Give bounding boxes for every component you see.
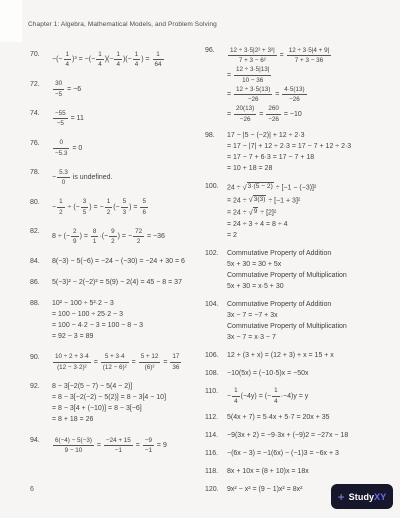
problem-solution: Commutative Property of Addition3x − 7 =…: [227, 300, 397, 344]
fraction: 5 + 3·4(12 − 6)²: [101, 353, 129, 372]
math-line: = 2: [227, 231, 397, 241]
problem-number: 78.: [30, 168, 52, 176]
problem-solution: 8 ÷ (−29) = 81·(−92) = −722 = −36: [52, 227, 204, 247]
math-line: = 12 ÷ 3·5(13)−26 = 4·5(13)−26: [227, 85, 397, 104]
problem-solution: 6(−4) − 5(−3)9 − 10 = −24 + 15−1 = −9−1 …: [52, 436, 204, 456]
problem: 88.10² − 100 ÷ 5²·2 − 3= 100 − 100 ÷ 25·…: [30, 299, 204, 343]
logo-text: StudyXY: [349, 492, 387, 502]
fraction-numerator: 30: [53, 80, 64, 90]
problem-solution: Commutative Property of Addition5x + 30 …: [227, 249, 397, 293]
math-line: Commutative Property of Addition: [227, 300, 397, 310]
fraction-numerator: −9: [143, 436, 154, 446]
problem-solution: −5.30 is undefined.: [52, 168, 204, 188]
fraction-denominator: 4: [133, 60, 141, 69]
fraction-denominator: 1: [91, 237, 99, 246]
radicand: 3(3): [253, 195, 267, 205]
problem-solution: 8x + 10x = (8 + 10)x = 18x: [227, 467, 397, 478]
fraction-numerator: 5 + 12: [139, 353, 161, 363]
math-line: 12 ÷ 3·5|2² + 3²|7 + 3 − 6² = 12 ÷ 3·5|4…: [227, 46, 397, 65]
math-line: = 10 + 18 = 28: [227, 164, 397, 174]
math-line: −(−14)³ = −(−14)(−14)(−14) = 164: [52, 50, 204, 69]
problem-solution: 5(4x + 7) = 5·4x + 5·7 = 20x + 35: [227, 413, 397, 424]
fraction-denominator: 4: [272, 397, 280, 406]
fraction-denominator: −1: [104, 446, 133, 455]
problem-solution: 30−5 = −6: [52, 80, 204, 100]
problem-solution: 12 + (3 + x) = (12 + 3) + x = 15 + x: [227, 351, 397, 362]
fraction-denominator: 3: [121, 208, 129, 217]
fraction-denominator: 9: [71, 237, 79, 246]
problem-solution: 24 ÷ √3·(5 − 2) ÷ [−1 − (−3)]²= 24 ÷ √3(…: [227, 182, 397, 242]
math-line: −12 ÷ (−35) = −12(−53) = 56: [52, 198, 204, 217]
fraction: 1736: [170, 353, 181, 372]
fraction: 12 ÷ 3·5|4 + 9|7 + 3 − 36: [287, 46, 332, 65]
math-line: = 17 − 7 + 6·3 = 17 − 7 + 18: [227, 153, 397, 163]
problem-number: 86.: [30, 278, 52, 286]
fraction-denominator: 0: [57, 178, 70, 187]
math-line: 30−5 = −6: [52, 80, 204, 99]
fraction-denominator: −5: [53, 119, 68, 128]
math-line: = 100 − 100 ÷ 25·2 − 3: [52, 310, 204, 320]
problem-number: 100.: [205, 182, 227, 190]
math-line: = 20(13)−26 = 260−26 = −10: [227, 105, 397, 124]
fraction-numerator: 1: [64, 50, 72, 60]
fraction: 81: [91, 227, 99, 246]
math-line: 10 ÷ 2 + 3·4(12 − 3·2)² = 5 + 3·4(12 − 6…: [52, 353, 204, 372]
square-root: √3(3): [249, 195, 267, 205]
problem: 80.−12 ÷ (−35) = −12(−53) = 56: [30, 198, 204, 218]
fraction: 4·5(13)−26: [282, 85, 306, 104]
problem: 112.5(4x + 7) = 5·4x + 5·7 = 20x + 35: [205, 413, 397, 424]
problem: 118.8x + 10x = (8 + 10)x = 18x: [205, 467, 397, 478]
fraction: −9−1: [143, 436, 154, 455]
fraction-numerator: 12 ÷ 3·5|4 + 9|: [287, 46, 332, 56]
problem-number: 92.: [30, 382, 52, 390]
problem-number: 80.: [30, 198, 52, 206]
math-line: −10(5x) = (−10·5)x = −50x: [227, 369, 397, 379]
problem-number: 76.: [30, 139, 52, 147]
fraction-numerator: 20(13): [234, 105, 256, 115]
math-line: 5(4x + 7) = 5·4x + 5·7 = 20x + 35: [227, 413, 397, 423]
problem: 72.30−5 = −6: [30, 80, 204, 100]
fraction-denominator: −5.3: [53, 149, 69, 158]
fraction-numerator: −24 + 15: [104, 436, 133, 446]
fraction-numerator: 0: [53, 139, 69, 149]
problem: 78.−5.30 is undefined.: [30, 168, 204, 188]
problem: 108.−10(5x) = (−10·5)x = −50x: [205, 369, 397, 380]
fraction-numerator: 260: [266, 105, 281, 115]
problem-number: 110.: [205, 387, 227, 395]
fraction-denominator: 10 − 36: [234, 76, 271, 85]
fraction-denominator: 64: [153, 60, 164, 69]
fraction-denominator: −26: [266, 115, 281, 124]
fraction-numerator: 1: [133, 50, 141, 60]
math-line: Commutative Property of Addition: [227, 249, 397, 259]
fraction: 92: [109, 227, 117, 246]
problem: 96.12 ÷ 3·5|2² + 3²|7 + 3 − 6² = 12 ÷ 3·…: [205, 46, 397, 124]
problem: 82.8 ÷ (−29) = 81·(−92) = −722 = −36: [30, 227, 204, 247]
page-title: Chapter 1: Algebra, Mathematical Models,…: [28, 21, 217, 28]
problem: 106.12 + (3 + x) = (12 + 3) + x = 15 + x: [205, 351, 397, 362]
problem-solution: −14(−4y) = (−14·−4)y = y: [227, 387, 397, 407]
math-line: 8(−3) − 5(−6) = −24 − (−30) = −24 + 30 =…: [52, 257, 204, 267]
square-root: √3·(5 − 2): [243, 182, 274, 192]
fraction: 30−5: [53, 80, 64, 99]
solutions-column-right: 96.12 ÷ 3·5|2² + 3²|7 + 3 − 6² = 12 ÷ 3·…: [205, 46, 397, 503]
problem-number: 72.: [30, 80, 52, 88]
math-line: 8x + 10x = (8 + 10)x = 18x: [227, 467, 397, 477]
fraction: 20(13)−26: [234, 105, 256, 124]
fraction-denominator: 2: [105, 208, 113, 217]
problem-solution: 10² − 100 ÷ 5²·2 − 3= 100 − 100 ÷ 25·2 −…: [52, 299, 204, 343]
fraction-denominator: −26: [282, 95, 306, 104]
fraction-numerator: 17: [170, 353, 181, 363]
fraction-denominator: −26: [234, 115, 256, 124]
fraction: 14: [96, 50, 104, 69]
math-line: −9(3x + 2) = −9·3x + (−9)2 = −27x − 18: [227, 431, 397, 441]
fraction: 35: [81, 198, 89, 217]
plus-icon: +: [338, 491, 345, 503]
math-line: = 8 − 3[−2(−2) − 5(2)] = 8 − 3[4 − 10]: [52, 393, 204, 403]
problem-number: 112.: [205, 413, 227, 421]
problem-number: 82.: [30, 227, 52, 235]
fraction: 260−26: [266, 105, 281, 124]
problem-number: 90.: [30, 353, 52, 361]
fraction-denominator: 9 − 10: [53, 446, 94, 455]
fraction-numerator: −55: [53, 109, 68, 119]
math-line: −14(−4y) = (−14·−4)y = y: [227, 387, 397, 406]
fraction-denominator: 6: [140, 208, 148, 217]
logo-text-study: Study: [349, 492, 375, 502]
fraction-denominator: (12 − 6)²: [101, 363, 129, 372]
math-line: 5x + 30 = x·5 + 30: [227, 282, 397, 292]
problem-number: 120.: [205, 485, 227, 493]
problem: 110.−14(−4y) = (−14·−4)y = y: [205, 387, 397, 407]
fraction: 164: [153, 50, 164, 69]
math-line: −5.30 is undefined.: [52, 168, 204, 187]
math-line: 0−5.3 = 0: [52, 139, 204, 158]
problem-number: 84.: [30, 257, 52, 265]
fraction: 5.30: [57, 168, 70, 187]
fraction: 10 ÷ 2 + 3·4(12 − 3·2)²: [53, 353, 91, 372]
fraction-numerator: 1: [114, 50, 122, 60]
problem-number: 104.: [205, 300, 227, 308]
problem-number: 108.: [205, 369, 227, 377]
fraction-numerator: 1: [272, 387, 280, 397]
problem-number: 94.: [30, 436, 52, 444]
studyxy-logo: + StudyXY: [331, 484, 393, 509]
fraction-numerator: 1: [232, 387, 240, 397]
fraction-numerator: 6(−4) − 5(−3): [53, 436, 94, 446]
fraction-numerator: 5: [121, 198, 129, 208]
problem: 94.6(−4) − 5(−3)9 − 10 = −24 + 15−1 = −9…: [30, 436, 204, 456]
fraction: 14: [133, 50, 141, 69]
fraction: 0−5.3: [53, 139, 69, 158]
math-line: 12 + (3 + x) = (12 + 3) + x = 15 + x: [227, 351, 397, 361]
math-line: 3x − 7 = x·3 − 7: [227, 333, 397, 343]
math-line: = 12 ÷ 3·5|13|10 − 36: [227, 66, 397, 85]
fraction-denominator: 7 + 3 − 36: [287, 56, 332, 65]
problem: 76.0−5.3 = 0: [30, 139, 204, 159]
fraction-numerator: 1: [96, 50, 104, 60]
problem-number: 74.: [30, 109, 52, 117]
scan-corner-artifact: [0, 0, 22, 42]
fraction-numerator: 72: [133, 227, 144, 237]
problem: 74.−55−5 = 11: [30, 109, 204, 129]
fraction: 12: [105, 198, 113, 217]
fraction: 14: [232, 387, 240, 406]
fraction-numerator: 1: [57, 198, 65, 208]
math-line: 5x + 30 = 30 + 5x: [227, 260, 397, 270]
fraction-denominator: 2: [109, 237, 117, 246]
fraction: −24 + 15−1: [104, 436, 133, 455]
problem: 104.Commutative Property of Addition3x −…: [205, 300, 397, 344]
fraction-numerator: 3: [81, 198, 89, 208]
problem-number: 114.: [205, 431, 227, 439]
fraction: 53: [121, 198, 129, 217]
fraction-numerator: 9: [109, 227, 117, 237]
math-line: −55−5 = 11: [52, 109, 204, 128]
problem-number: 70.: [30, 50, 52, 58]
problem-solution: −(6x − 3) = −1(6x) − (−1)3 = −6x + 3: [227, 449, 397, 460]
fraction-numerator: 12 ÷ 3·5|2² + 3²|: [228, 46, 277, 56]
fraction-denominator: 4: [64, 60, 72, 69]
problem: 98.17 − |5 − (−2)| + 12 ÷ 2·3= 17 − |7| …: [205, 131, 397, 175]
fraction-denominator: 36: [170, 363, 181, 372]
problem: 100.24 ÷ √3·(5 − 2) ÷ [−1 − (−3)]²= 24 ÷…: [205, 182, 397, 242]
math-line: 17 − |5 − (−2)| + 12 ÷ 2·3: [227, 131, 397, 141]
fraction-numerator: 5.3: [57, 168, 70, 178]
fraction-numerator: 10 ÷ 2 + 3·4: [53, 353, 91, 363]
problem: 70.−(−14)³ = −(−14)(−14)(−14) = 164: [30, 50, 204, 70]
fraction-numerator: 1: [153, 50, 164, 60]
fraction-numerator: 5 + 3·4: [101, 353, 129, 363]
math-line: = 8 − 3[4 + (−10)] = 8 − 3[−6]: [52, 404, 204, 414]
fraction: 12 ÷ 3·5|13|10 − 36: [234, 66, 271, 85]
math-line: 3x − 7 = −7 + 3x: [227, 311, 397, 321]
math-line: = 100 − 4·2 − 3 = 100 − 8 − 3: [52, 321, 204, 331]
problem-number: 88.: [30, 299, 52, 307]
fraction-numerator: 12 ÷ 3·5(13): [234, 85, 272, 95]
fraction-denominator: 2: [133, 237, 144, 246]
math-line: Commutative Property of Multiplication: [227, 271, 397, 281]
math-line: Commutative Property of Multiplication: [227, 322, 397, 332]
fraction-denominator: 2: [57, 208, 65, 217]
math-line: −(6x − 3) = −1(6x) − (−1)3 = −6x + 3: [227, 449, 397, 459]
problem-solution: −9(3x + 2) = −9·3x + (−9)2 = −27x − 18: [227, 431, 397, 442]
math-line: = 8 + 18 = 26: [52, 415, 204, 425]
math-line: 10² − 100 ÷ 5²·2 − 3: [52, 299, 204, 309]
fraction: −55−5: [53, 109, 68, 128]
page-number: 6: [30, 486, 34, 493]
math-line: 8 − 3[−2(5 − 7) − 5(4 − 2)]: [52, 382, 204, 392]
problem-solution: 12 ÷ 3·5|2² + 3²|7 + 3 − 6² = 12 ÷ 3·5|4…: [227, 46, 397, 124]
logo-text-xy: XY: [374, 492, 386, 502]
fraction: 14: [64, 50, 72, 69]
problem-solution: 8 − 3[−2(5 − 7) − 5(4 − 2)]= 8 − 3[−2(−2…: [52, 382, 204, 426]
problem-number: 118.: [205, 467, 227, 475]
radicand: 9: [253, 207, 259, 217]
math-line: 5(−3)² − 2(−2)² = 5(9) − 2(4) = 45 − 8 =…: [52, 278, 204, 288]
fraction-numerator: 8: [91, 227, 99, 237]
problem: 116.−(6x − 3) = −1(6x) − (−1)3 = −6x + 3: [205, 449, 397, 460]
problem: 102.Commutative Property of Addition5x +…: [205, 249, 397, 293]
problem-solution: 5(−3)² − 2(−2)² = 5(9) − 2(4) = 45 − 8 =…: [52, 278, 204, 289]
fraction-denominator: (12 − 3·2)²: [53, 363, 91, 372]
problem-solution: −10(5x) = (−10·5)x = −50x: [227, 369, 397, 380]
fraction-numerator: 12 ÷ 3·5|13|: [234, 66, 271, 76]
fraction: 5 + 12(6)²: [139, 353, 161, 372]
fraction-denominator: −5: [53, 90, 64, 99]
problem-solution: −(−14)³ = −(−14)(−14)(−14) = 164: [52, 50, 204, 70]
math-line: = 92 − 3 = 89: [52, 332, 204, 342]
fraction-numerator: 5: [140, 198, 148, 208]
fraction-denominator: 7 + 3 − 6²: [228, 56, 277, 65]
problem-solution: 10 ÷ 2 + 3·4(12 − 3·2)² = 5 + 3·4(12 − 6…: [52, 353, 204, 373]
math-line: = 17 − |7| + 12 ÷ 2·3 = 17 − 7 + 12 ÷ 2·…: [227, 142, 397, 152]
problem-number: 102.: [205, 249, 227, 257]
problem: 114.−9(3x + 2) = −9·3x + (−9)2 = −27x − …: [205, 431, 397, 442]
problem: 84.8(−3) − 5(−6) = −24 − (−30) = −24 + 3…: [30, 257, 204, 268]
problem-number: 106.: [205, 351, 227, 359]
fraction-denominator: 5: [81, 208, 89, 217]
math-line: = 24 ÷ 3 ÷ 4 = 8 ÷ 4: [227, 220, 397, 230]
problem: 92.8 − 3[−2(5 − 7) − 5(4 − 2)]= 8 − 3[−2…: [30, 382, 204, 426]
problem-solution: 8(−3) − 5(−6) = −24 − (−30) = −24 + 30 =…: [52, 257, 204, 268]
solutions-column-left: 70.−(−14)³ = −(−14)(−14)(−14) = 16472.30…: [30, 50, 204, 466]
fraction-denominator: −1: [143, 446, 154, 455]
fraction: 29: [71, 227, 79, 246]
math-line: 8 ÷ (−29) = 81·(−92) = −722 = −36: [52, 227, 204, 246]
fraction: 6(−4) − 5(−3)9 − 10: [53, 436, 94, 455]
fraction: 12 ÷ 3·5(13)−26: [234, 85, 272, 104]
fraction-denominator: −26: [234, 95, 272, 104]
problem-solution: −55−5 = 11: [52, 109, 204, 129]
fraction-denominator: (6)²: [139, 363, 161, 372]
fraction: 14: [272, 387, 280, 406]
problem: 90.10 ÷ 2 + 3·4(12 − 3·2)² = 5 + 3·4(12 …: [30, 353, 204, 373]
problem-number: 98.: [205, 131, 227, 139]
problem: 86.5(−3)² − 2(−2)² = 5(9) − 2(4) = 45 − …: [30, 278, 204, 289]
fraction: 14: [114, 50, 122, 69]
math-line: = 24 ÷ √9 ÷ [2]²: [227, 207, 397, 219]
fraction-denominator: 4: [96, 60, 104, 69]
problem-number: 116.: [205, 449, 227, 457]
fraction-denominator: 4: [232, 397, 240, 406]
fraction: 56: [140, 198, 148, 217]
problem-number: 96.: [205, 46, 227, 54]
problem-solution: −12 ÷ (−35) = −12(−53) = 56: [52, 198, 204, 218]
fraction: 12: [57, 198, 65, 217]
math-line: = 24 ÷ √3(3) ÷ [−1 + 3]²: [227, 195, 397, 207]
square-root: √9: [249, 207, 259, 217]
fraction: 722: [133, 227, 144, 246]
fraction-numerator: 4·5(13): [282, 85, 306, 95]
fraction-numerator: 2: [71, 227, 79, 237]
problem-solution: 0−5.3 = 0: [52, 139, 204, 159]
fraction: 12 ÷ 3·5|2² + 3²|7 + 3 − 6²: [228, 46, 277, 65]
fraction-denominator: 4: [114, 60, 122, 69]
problem-solution: 17 − |5 − (−2)| + 12 ÷ 2·3= 17 − |7| + 1…: [227, 131, 397, 175]
radicand: 3·(5 − 2): [247, 182, 274, 192]
math-line: 24 ÷ √3·(5 − 2) ÷ [−1 − (−3)]²: [227, 182, 397, 194]
math-line: 6(−4) − 5(−3)9 − 10 = −24 + 15−1 = −9−1 …: [52, 436, 204, 455]
fraction-numerator: 1: [105, 198, 113, 208]
